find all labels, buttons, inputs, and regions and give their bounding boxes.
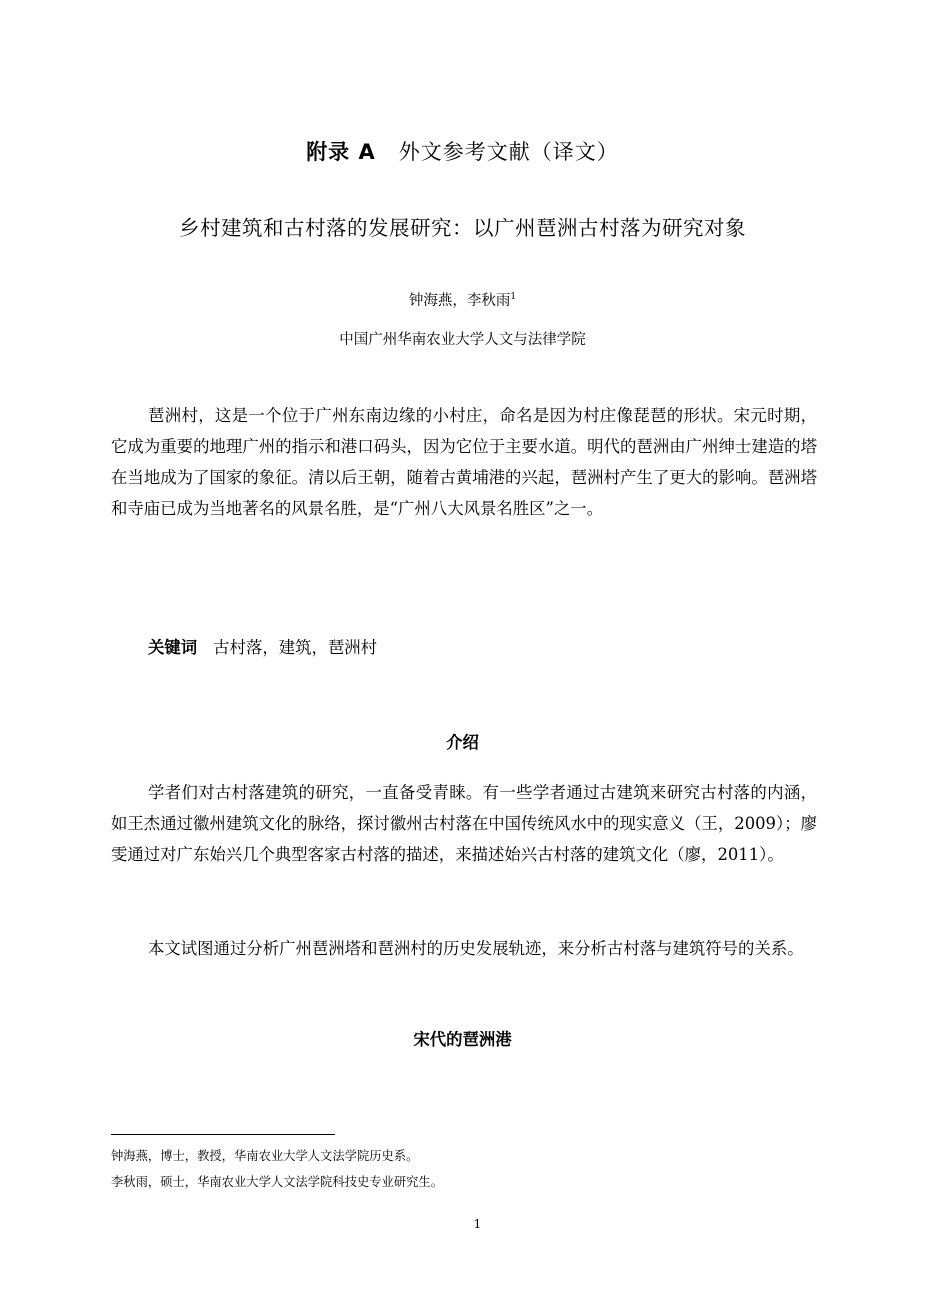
affiliation: 中国广州华南农业大学人文与法律学院 xyxy=(0,328,925,349)
keywords-label: 关键词 xyxy=(148,638,197,657)
abstract-paragraph: 琶洲村，这是一个位于广州东南边缘的小村庄，命名是因为村庄像琵琶的形状。宋元时期，… xyxy=(111,400,817,524)
footnote-1: 钟海燕，博士，教授，华南农业大学人文法学院历史系。 xyxy=(111,1146,418,1164)
footnote-2: 李秋雨，硕士，华南农业大学人文法学院科技史专业研究生。 xyxy=(111,1172,443,1190)
section-heading-introduction: 介绍 xyxy=(0,729,925,753)
paper-title: 乡村建筑和古村落的发展研究：以广州琶洲古村落为研究对象 xyxy=(0,211,925,241)
appendix-label: 附录 A xyxy=(306,140,376,164)
footnote-marker[interactable]: 1 xyxy=(510,292,516,302)
appendix-title: 外文参考文献（译文） xyxy=(399,140,619,164)
intro-paragraph-2: 本文试图通过分析广州琶洲塔和琶洲村的历史发展轨迹，来分析古村落与建筑符号的关系。 xyxy=(111,933,817,964)
keywords-value: 古村落，建筑，琶洲村 xyxy=(213,638,377,657)
author-line: 钟海燕，李秋雨1 xyxy=(0,289,925,310)
document-page: 附录 A 外文参考文献（译文） 乡村建筑和古村落的发展研究：以广州琶洲古村落为研… xyxy=(0,0,925,1309)
page-number: 1 xyxy=(0,1217,925,1231)
appendix-spacer xyxy=(376,140,399,164)
authors: 钟海燕，李秋雨 xyxy=(409,293,511,309)
intro-paragraph-1: 学者们对古村落建筑的研究，一直备受青睐。有一些学者通过古建筑来研究古村落的内涵，… xyxy=(111,777,817,870)
keywords-line: 关键词古村落，建筑，琶洲村 xyxy=(148,634,377,658)
appendix-heading: 附录 A 外文参考文献（译文） xyxy=(0,136,925,166)
footnote-divider xyxy=(111,1134,335,1135)
section-heading-song-dynasty-port: 宋代的琶洲港 xyxy=(0,1026,925,1050)
